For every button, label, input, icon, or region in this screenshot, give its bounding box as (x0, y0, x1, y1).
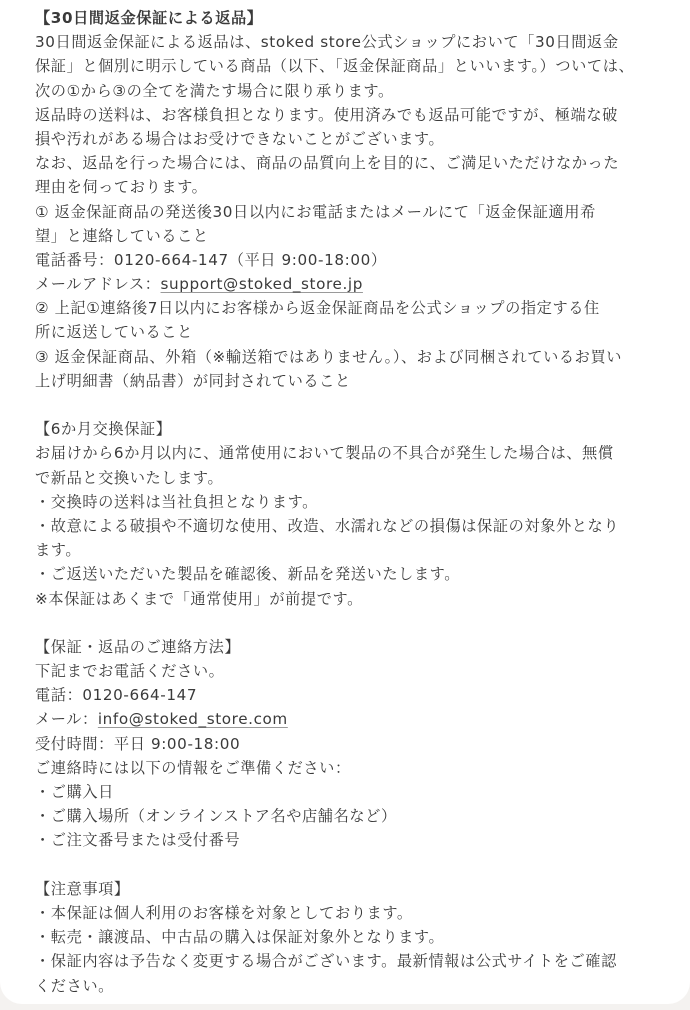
refund-condition-2-cont: 所に返送していること (35, 320, 660, 344)
info-email-link[interactable]: info@stoked_store.com (98, 710, 288, 728)
refund-text-line: 返品時の送料は、お客様負担となります。使用済みでも返品可能ですが、極端な破 (35, 103, 660, 127)
exchange-bullet: ・故意による破損や不適切な使用、改造、水濡れなどの損傷は保証の対象外となり (35, 514, 660, 538)
spacer (35, 611, 660, 635)
refund-text-line: 理由を伺っております。 (35, 175, 660, 199)
exchange-bullet-cont: ます。 (35, 538, 660, 562)
refund-phone-line: 電話番号：0120-664-147（平日 9:00-18:00） (35, 248, 660, 272)
exchange-bullet: ・ご返送いただいた製品を確認後、新品を発送いたします。 (35, 562, 660, 586)
refund-condition-1: ① 返金保証商品の発送後30日以内にお電話またはメールにて「返金保証適用希 (35, 200, 660, 224)
contact-section: 【保証・返品のご連絡方法】 下記までお電話ください。 電話：0120-664-1… (35, 635, 660, 853)
refund-email-label: メールアドレス： (35, 275, 161, 293)
contact-phone: 電話：0120-664-147 (35, 683, 660, 707)
notes-bullet-cont: ください。 (35, 974, 660, 998)
contact-heading: 【保証・返品のご連絡方法】 (35, 635, 660, 659)
refund-text-line: 損や汚れがある場合はお受けできないことがございます。 (35, 127, 660, 151)
notes-bullet: ・保証内容は予告なく変更する場合がございます。最新情報は公式サイトをご確認 (35, 949, 660, 973)
refund-section: 【30日間返金保証による返品】 30日間返金保証による返品は、stoked st… (35, 6, 660, 393)
spacer (35, 853, 660, 877)
refund-condition-1-cont: 望」と連絡していること (35, 224, 660, 248)
spacer (35, 393, 660, 417)
contact-item: ・ご購入日 (35, 780, 660, 804)
refund-condition-3: ③ 返金保証商品、外箱（※輸送箱ではありません。）、および同梱されているお買い (35, 345, 660, 369)
exchange-heading: 【6か月交換保証】 (35, 417, 660, 441)
refund-text-line: なお、返品を行った場合には、商品の品質向上を目的に、ご満足いただけなかった (35, 151, 660, 175)
refund-condition-3-cont: 上げ明細書（納品書）が同封されていること (35, 369, 660, 393)
refund-heading: 【30日間返金保証による返品】 (35, 6, 660, 30)
refund-text-line: 保証」と個別に明示している商品（以下、「返金保証商品」といいます。）ついては、 (35, 54, 660, 78)
contact-item: ・ご購入場所（オンラインストア名や店舗名など） (35, 804, 660, 828)
exchange-note: ※本保証はあくまで「通常使用」が前提です。 (35, 587, 660, 611)
contact-hours: 受付時間：平日 9:00-18:00 (35, 732, 660, 756)
content-card: 【30日間返金保証による返品】 30日間返金保証による返品は、stoked st… (0, 0, 690, 1004)
contact-intro: 下記までお電話ください。 (35, 659, 660, 683)
support-email-link[interactable]: support@stoked_store.jp (161, 275, 363, 293)
contact-email-line: メール：info@stoked_store.com (35, 707, 660, 731)
notes-heading: 【注意事項】 (35, 877, 660, 901)
notes-section: 【注意事項】 ・本保証は個人利用のお客様を対象としております。 ・転売・譲渡品、… (35, 877, 660, 998)
notes-bullet: ・転売・譲渡品、中古品の購入は保証対象外となります。 (35, 925, 660, 949)
refund-condition-2: ② 上記①連絡後7日以内にお客様から返金保証商品を公式ショップの指定する住 (35, 296, 660, 320)
exchange-text-line: で新品と交換いたします。 (35, 466, 660, 490)
refund-text-line: 30日間返金保証による返品は、stoked store公式ショップにおいて「30… (35, 30, 660, 54)
refund-text-line: 次の①から③の全てを満たす場合に限り承ります。 (35, 79, 660, 103)
contact-email-label: メール： (35, 710, 98, 728)
exchange-text-line: お届けから6か月以内に、通常使用において製品の不具合が発生した場合は、無償 (35, 441, 660, 465)
contact-item: ・ご注文番号または受付番号 (35, 828, 660, 852)
contact-prepare: ご連絡時には以下の情報をご準備ください： (35, 756, 660, 780)
exchange-section: 【6か月交換保証】 お届けから6か月以内に、通常使用において製品の不具合が発生し… (35, 417, 660, 611)
refund-email-line: メールアドレス：support@stoked_store.jp (35, 272, 660, 296)
exchange-bullet: ・交換時の送料は当社負担となります。 (35, 490, 660, 514)
warranty-document: 【30日間返金保証による返品】 30日間返金保証による返品は、stoked st… (35, 6, 660, 998)
notes-bullet: ・本保証は個人利用のお客様を対象としております。 (35, 901, 660, 925)
